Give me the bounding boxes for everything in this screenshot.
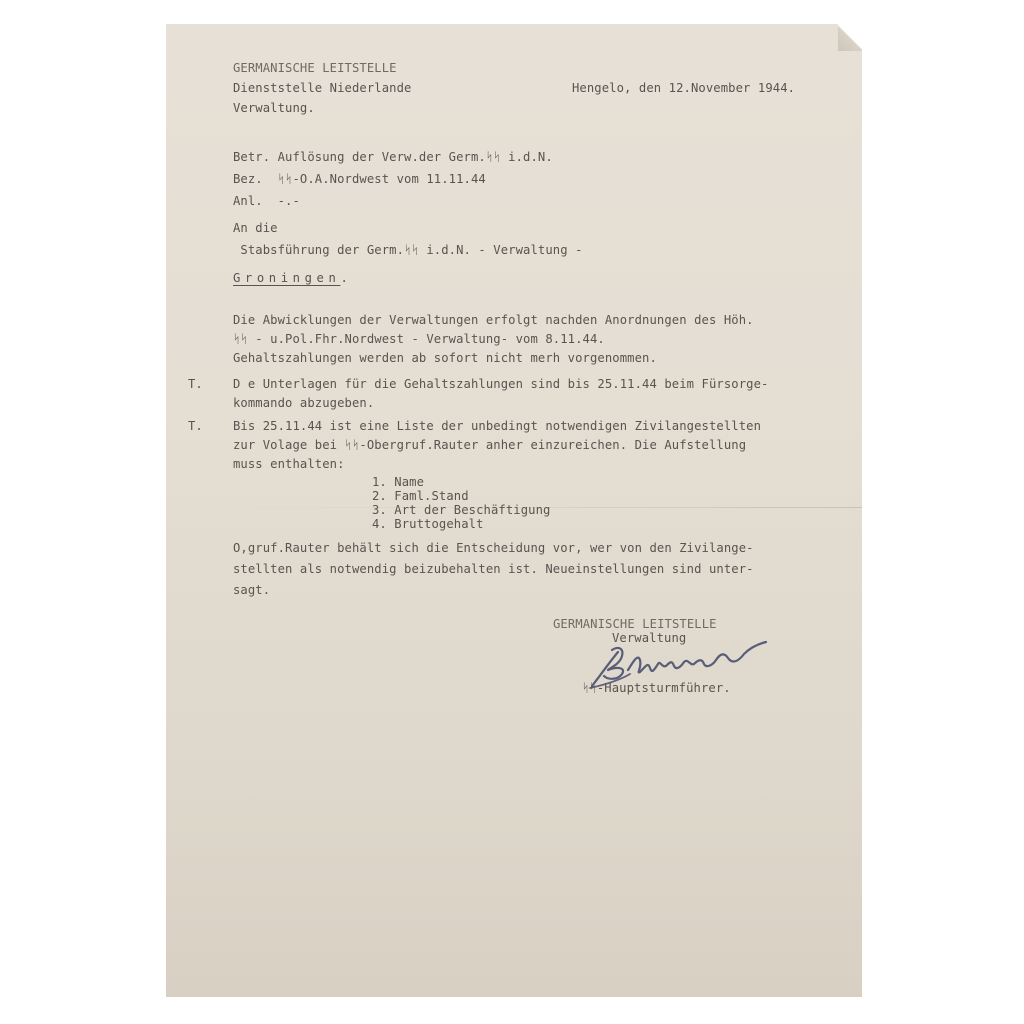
recipient-name: Stabsführung der Germ.ᛋᛋ i.d.N. - Verwal… — [233, 243, 583, 257]
para4-line2: stellten als notwendig beizubehalten ist… — [233, 562, 754, 576]
margin-mark-2: T. — [188, 419, 203, 433]
org-line-1: GERMANISCHE LEITSTELLE — [233, 61, 397, 75]
closing-rank: ᛋᛋ-Hauptsturmführer. — [582, 681, 731, 695]
para2-line1: D e Unterlagen für die Gehaltszahlungen … — [233, 377, 769, 391]
reference-line: Bez. ᛋᛋ-O.A.Nordwest vom 11.11.44 — [233, 172, 486, 186]
attachments-line: Anl. -.- — [233, 194, 300, 208]
list-item: 1. Name — [372, 475, 424, 489]
list-item: 2. Faml.Stand — [372, 489, 469, 503]
org-line-3: Verwaltung. — [233, 101, 315, 115]
para1-line3: Gehaltszahlungen werden ab sofort nicht … — [233, 351, 657, 365]
para1-line1: Die Abwicklungen der Verwaltungen erfolg… — [233, 313, 754, 327]
folded-corner — [838, 24, 862, 51]
list-item: 4. Bruttogehalt — [372, 517, 484, 531]
place-date: Hengelo, den 12.November 1944. — [572, 81, 795, 95]
recipient-city: Groningen — [233, 271, 340, 285]
para3-line3: muss enthalten: — [233, 457, 345, 471]
recipient-intro: An die — [233, 221, 278, 235]
recipient-city-suffix: . — [340, 271, 347, 285]
margin-mark-1: T. — [188, 377, 203, 391]
para4-line1: O,gruf.Rauter behält sich die Entscheidu… — [233, 541, 754, 555]
list-item: 3. Art der Beschäftigung — [372, 503, 551, 517]
para2-line2: kommando abzugeben. — [233, 396, 374, 410]
para3-line1: Bis 25.11.44 ist eine Liste der unbeding… — [233, 419, 761, 433]
para3-line2: zur Volage bei ᛋᛋ-Obergruf.Rauter anher … — [233, 438, 746, 452]
para1-line2: ᛋᛋ - u.Pol.Fhr.Nordwest - Verwaltung- vo… — [233, 332, 605, 346]
para4-line3: sagt. — [233, 583, 270, 597]
closing-org: GERMANISCHE LEITSTELLE — [553, 617, 717, 631]
subject-line: Betr. Auflösung der Verw.der Germ.ᛋᛋ i.d… — [233, 150, 553, 164]
recipient-city-line: Groningen. — [233, 271, 348, 285]
org-line-2: Dienststelle Niederlande — [233, 81, 412, 95]
